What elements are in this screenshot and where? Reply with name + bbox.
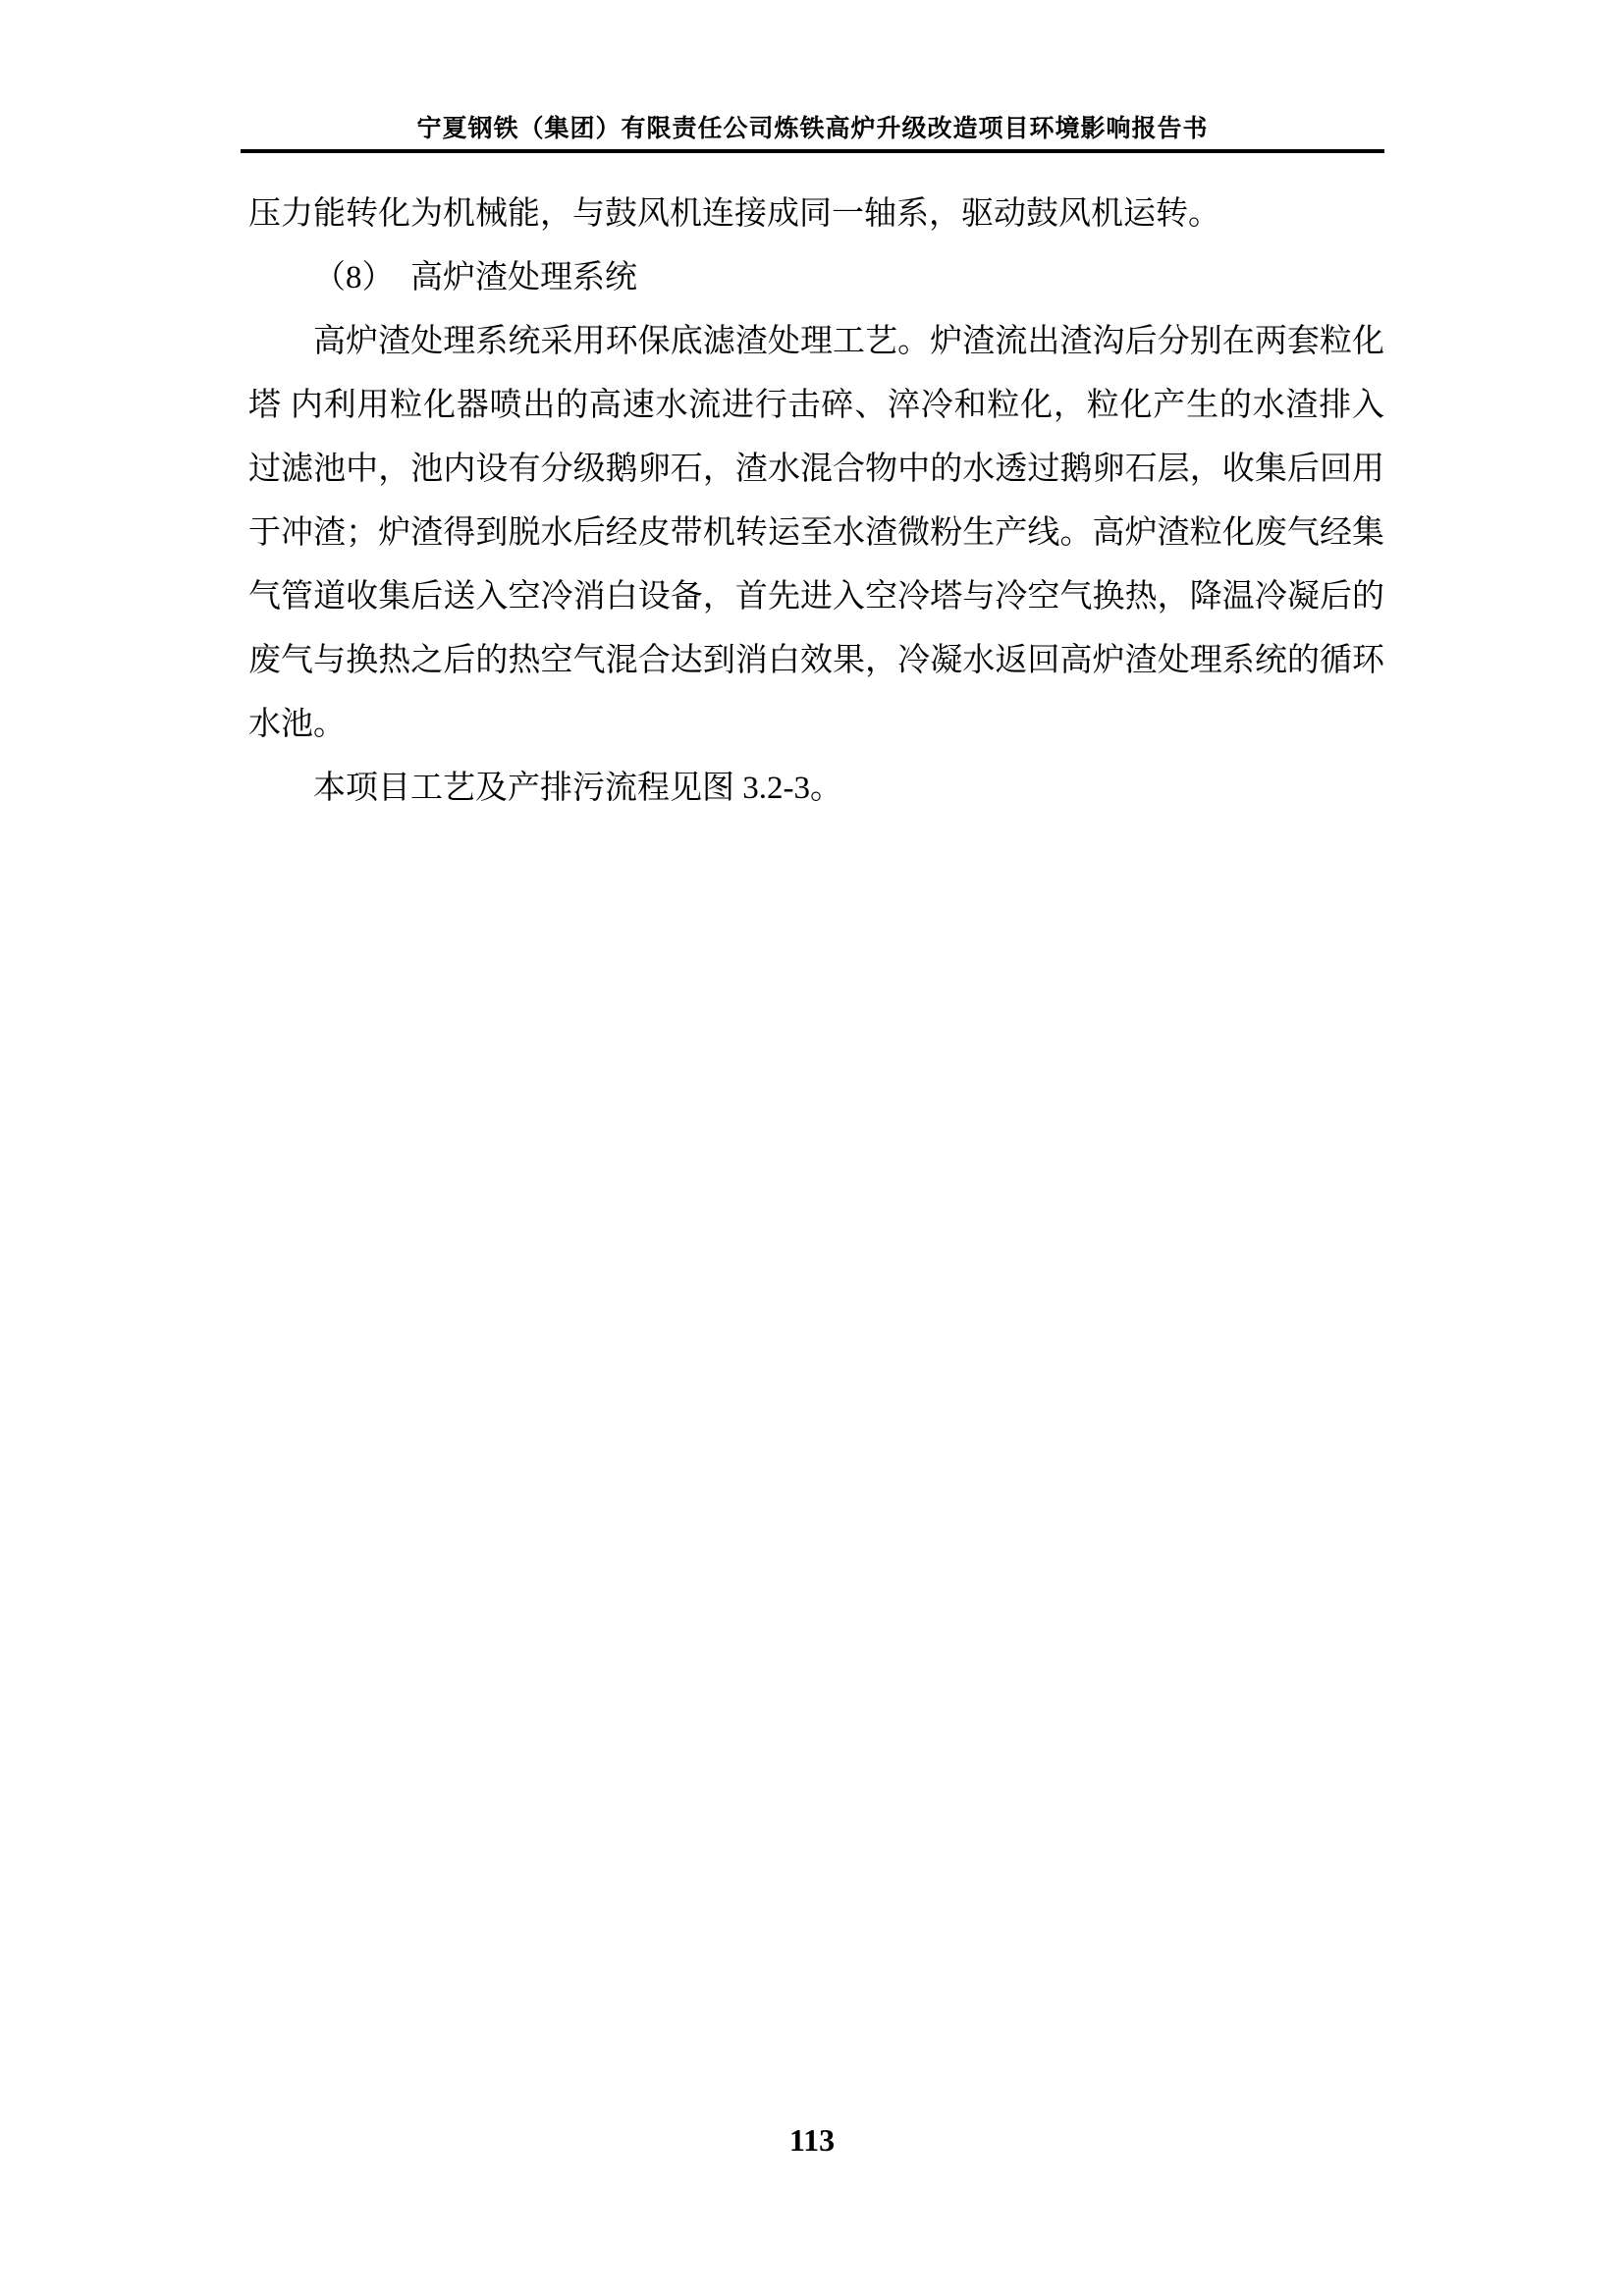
page-number: 113 xyxy=(0,2122,1624,2158)
body-line-section-heading: （8） 高炉渣处理系统 xyxy=(248,246,1384,310)
document-page: 宁夏钢铁（集团）有限责任公司炼铁高炉升级改造项目环境影响报告书 压力能转化为机械… xyxy=(0,0,1624,2296)
body-line-figure-reference: 本项目工艺及产排污流程见图 3.2-3。 xyxy=(248,757,1384,821)
body-line: 于冲渣；炉渣得到脱水后经皮带机转运至水渣微粉生产线。高炉渣粒化废气经集 xyxy=(248,502,1384,565)
body-line: 高炉渣处理系统采用环保底滤渣处理工艺。炉渣流出渣沟后分别在两套粒化 xyxy=(248,310,1384,374)
body-line: 过滤池中，池内设有分级鹅卵石，渣水混合物中的水透过鹅卵石层，收集后回用 xyxy=(248,438,1384,502)
body-line: 压力能转化为机械能，与鼓风机连接成同一轴系，驱动鼓风机运转。 xyxy=(248,183,1384,246)
body-line: 气管道收集后送入空冷消白设备，首先进入空冷塔与冷空气换热，降温冷凝后的 xyxy=(248,565,1384,629)
body-line: 塔 内利用粒化器喷出的高速水流进行击碎、淬冷和粒化，粒化产生的水渣排入 xyxy=(248,374,1384,438)
body-line: 废气与换热之后的热空气混合达到消白效果，冷凝水返回高炉渣处理系统的循环 xyxy=(248,629,1384,693)
page-header-title: 宁夏钢铁（集团）有限责任公司炼铁高炉升级改造项目环境影响报告书 xyxy=(241,116,1384,143)
header-divider-rule xyxy=(241,149,1384,153)
body-text-block: 压力能转化为机械能，与鼓风机连接成同一轴系，驱动鼓风机运转。 （8） 高炉渣处理… xyxy=(248,183,1384,821)
body-line: 水池。 xyxy=(248,693,1384,757)
